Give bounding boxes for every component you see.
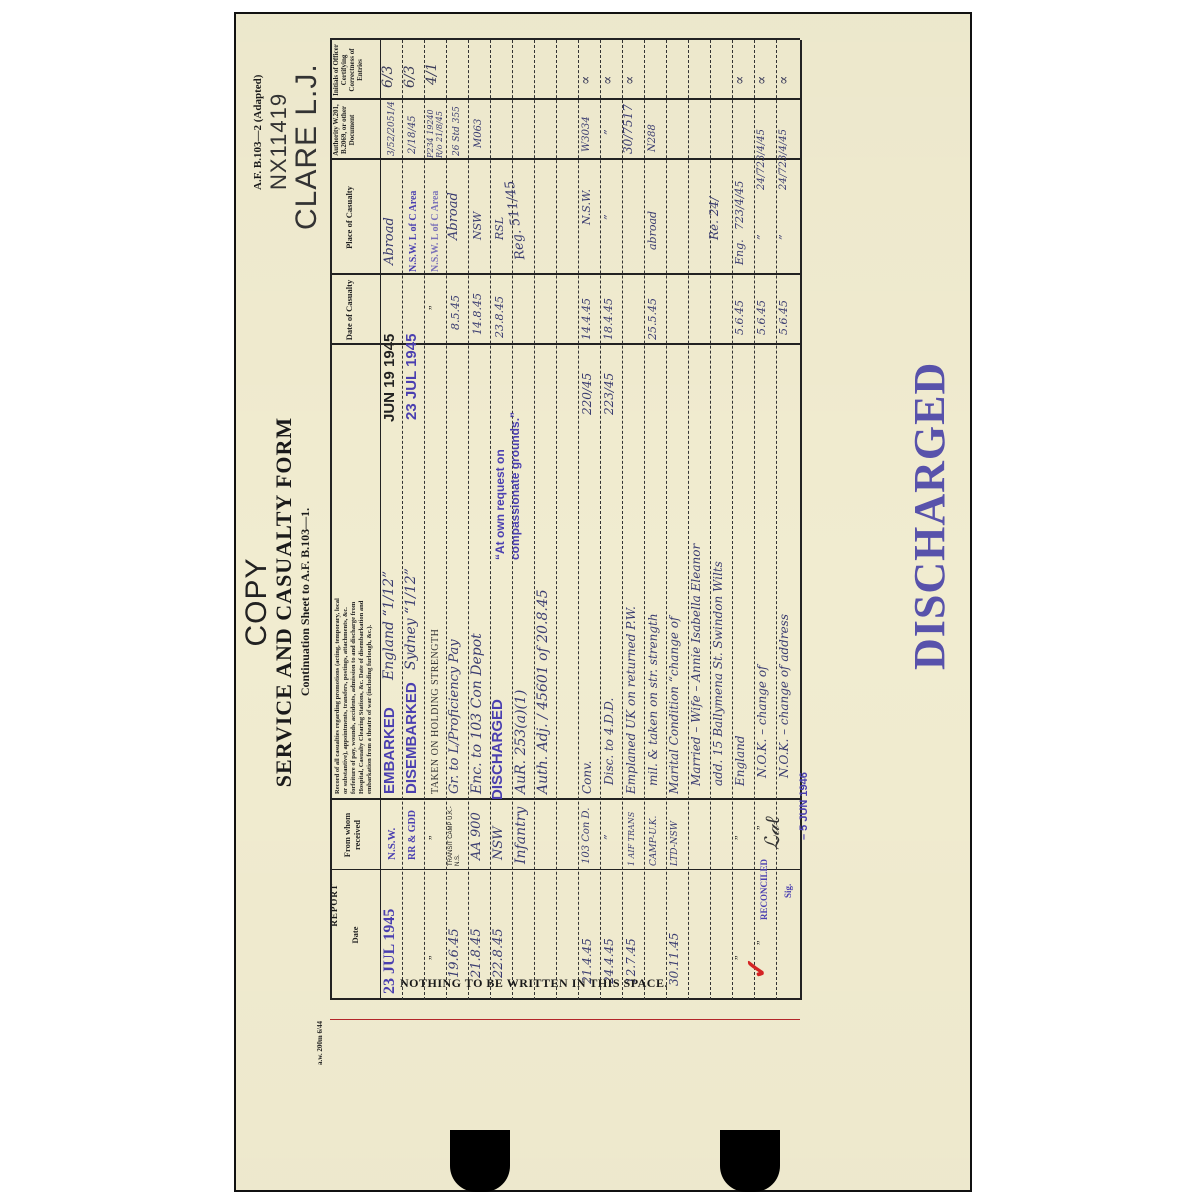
row-rule [754, 40, 755, 1000]
row-place: RSL [494, 217, 506, 240]
row-authority: 2/18/45 [407, 115, 419, 154]
row-date-of-casualty: 5.6.45 [734, 300, 746, 335]
row-from: RR & GDD [407, 810, 419, 860]
col-divider-date [330, 998, 800, 1000]
soldier-name: CLARE L.J. [290, 63, 324, 230]
row-record-note: 220/45 [581, 373, 593, 415]
row-record: TAKEN ON HOLDING STRENGTH [430, 629, 442, 794]
reconciled-label: RECONCILED [758, 859, 770, 920]
row-record: N.O.K. – change of [756, 666, 768, 779]
initials-mark: ∝ [580, 76, 592, 85]
row-date: 23 JUL 1945 [384, 909, 396, 994]
row-rule [578, 40, 579, 1000]
row-from: AA 900 [471, 812, 483, 860]
initials-mark: ∝ [624, 76, 636, 85]
row-from: ” [428, 836, 440, 840]
row-date: ” [756, 941, 768, 945]
row-initials: 6/3 [404, 65, 416, 88]
service-casualty-form: COPY SERVICE AND CASUALTY FORM Continuat… [236, 14, 970, 1190]
row-place: Abroad [384, 217, 396, 265]
print-code: a.w. 200m 6/44 [316, 1021, 324, 1065]
row-from: 103 Con D. [581, 808, 593, 864]
footer-notice: NOTHING TO BE WRITTEN IN THIS SPACE. [400, 976, 668, 991]
header-from-whom: From whom received [342, 802, 362, 868]
col-divider-right [330, 38, 800, 40]
row-date-of-casualty: 5.6.45 [756, 300, 768, 335]
header-place-of-casualty: Place of Casualty [344, 162, 354, 273]
row-from: LTD-NSW [669, 821, 681, 866]
row-place: ” [603, 214, 615, 220]
row-record: Conv. [581, 761, 593, 794]
row-date-of-casualty: JUN 19 1945 [384, 334, 396, 422]
row-place: N.S.W. L of C Area [430, 191, 442, 272]
col-divider-authority [330, 158, 800, 160]
row-date-of-casualty: 14.4.45 [581, 298, 593, 340]
row-place: NSW [472, 212, 484, 240]
row-record: DISCHARGED [492, 699, 504, 800]
col-divider-record [330, 798, 800, 800]
row-record: Gr. to L/Proficiency Pay [449, 639, 461, 794]
row-record: mil. & taken on str. strength [647, 613, 659, 786]
row-rule [622, 40, 623, 1000]
row-place: Reg. 511/45 [505, 180, 528, 261]
header-rule [380, 40, 381, 1000]
initials-mark: ∝ [778, 76, 790, 85]
table-top-rule [330, 40, 332, 1000]
row-record: Emplaned UK on returned P.W. [625, 606, 637, 794]
row-record-note: England “1/12” [383, 571, 395, 680]
row-record: EMBARKED [384, 707, 396, 794]
row-date-of-casualty: 23.8.45 [494, 296, 506, 338]
casualty-table: Date From whom received Record of all ca… [330, 40, 800, 1000]
reconciled-date-stamp: – 5 JUN 1946 [798, 772, 810, 840]
form-code: A.F. B.103—2 (Adapted) [252, 75, 264, 190]
row-rule [424, 40, 425, 1000]
col-divider-from [330, 869, 800, 870]
row-record: AuR. 253(a)(1) [515, 690, 527, 794]
row-authority: 3/52/2051/4 [386, 101, 398, 156]
row-date-of-casualty: 14.8.45 [472, 293, 484, 335]
row-place: abroad [647, 211, 659, 250]
row-record: add. 15 Ballymena St. Swindon Wilts [712, 561, 724, 786]
row-record: Enc. to 103 Con Depot [471, 633, 483, 794]
row-from: ” [603, 834, 615, 840]
row-record: Disc. to 4.D.D. [603, 698, 615, 785]
row-date-of-casualty: 5.6.45 [778, 300, 790, 335]
row-place: ” [778, 234, 790, 240]
row-date-of-casualty: 18.4.45 [603, 298, 615, 340]
row-place: N.S.W. [581, 189, 593, 225]
header-date: Date [350, 870, 360, 1000]
row-rule [776, 40, 777, 1000]
row-date: 30.11.45 [668, 933, 680, 986]
row-date-of-casualty: 23 JUL 1945 [406, 334, 418, 420]
row-authority: ” [603, 129, 615, 135]
col-divider-date-casualty [330, 343, 800, 345]
initials-mark: ∝ [756, 76, 768, 85]
row-rule [600, 40, 601, 1000]
row-authority: N288 [647, 124, 659, 152]
row-from: NSW [493, 826, 505, 860]
row-rule [556, 40, 557, 1000]
initials-mark: ∝ [602, 76, 614, 85]
row-record: DISEMBARKED [406, 682, 418, 794]
row-place: Abroad [448, 192, 460, 240]
row-date: 21.8.45 [471, 928, 483, 978]
row-record-note: 223/45 [603, 373, 615, 415]
col-divider-initials [330, 98, 800, 100]
row-rule [534, 40, 535, 1000]
red-check-mark: ✓ [740, 957, 774, 980]
row-rule [688, 40, 689, 1000]
row-from: N.S.W. [386, 828, 398, 860]
header-date-of-casualty: Date of Casualty [344, 277, 354, 343]
row-place: ” [756, 234, 768, 240]
row-rule [402, 40, 403, 1000]
row-from: TRANSIT CAMP U.K.-N.S. [448, 802, 462, 866]
row-authority: M063 [473, 119, 485, 148]
row-from: CAMP-U.K. [648, 816, 660, 866]
binder-tab [450, 1130, 510, 1192]
row-date-of-casualty: ” [428, 306, 440, 310]
copy-label: COPY [242, 14, 272, 1190]
service-number: NX11419 [266, 93, 292, 190]
row-rule [710, 40, 711, 1000]
row-from: ” [734, 836, 746, 840]
row-place: Re. 24/ [708, 197, 720, 240]
row-date-of-casualty: 25.5.45 [647, 298, 659, 340]
row-record-note: “At own request on compassionate grounds… [493, 360, 523, 560]
red-rule [330, 1019, 800, 1020]
row-record: Marital Condition “change of [668, 617, 680, 794]
row-rule [446, 40, 447, 1000]
row-authority: 30/7517 [622, 104, 634, 154]
row-record: Auth. Adj. / 45601 of 20.8.45 [537, 589, 549, 794]
row-authority: 723/4/45 [734, 181, 746, 230]
row-rule [666, 40, 667, 1000]
row-initials: 6/3 [382, 65, 394, 88]
row-date: 22.8.45 [493, 928, 505, 978]
discharged-stamp: DISCHARGED [904, 362, 955, 670]
reconciled-sig-label: Sig. [782, 884, 794, 898]
header-authority: Authority W.201, B.2069, or other Docume… [332, 102, 356, 158]
row-initials: 4/1 [426, 62, 438, 85]
row-date: 19.6.45 [449, 928, 461, 978]
row-authority: W3034 [581, 116, 593, 152]
initials-mark: ∝ [734, 76, 746, 85]
row-date-of-casualty: 8.5.45 [450, 295, 462, 330]
row-from: 1 AIF TRANS [626, 812, 638, 866]
table-bottom-rule [800, 40, 802, 1000]
row-date: ” [428, 956, 440, 960]
row-place: Eng. [734, 239, 746, 265]
row-authority: P234 19240 R/o 21/8/45 [426, 100, 444, 158]
row-from: Infantry [515, 807, 527, 864]
row-record: Married – Wife – Annie Isabella Eleanor [690, 544, 702, 786]
row-authority: 24/723/4/45 [756, 129, 768, 190]
binder-tab [720, 1130, 780, 1192]
header-initials: Initials of Officer Certifying Correctne… [332, 42, 364, 98]
reconciled-signature: ℒ𝒶ℓ [766, 816, 778, 850]
row-record: N.O.K. – change of address [778, 614, 790, 778]
header-record: Record of all casualties regarding promo… [334, 594, 374, 794]
row-place: N.S.W. L of C Area [408, 191, 420, 272]
row-authority: 26 Std 355 [451, 106, 463, 156]
row-record: England [734, 735, 746, 786]
col-divider-place [330, 273, 800, 275]
row-rule [644, 40, 645, 1000]
row-authority: 24/723/4/45 [778, 129, 790, 190]
row-record-note: Sydney “1/12” [405, 568, 417, 670]
